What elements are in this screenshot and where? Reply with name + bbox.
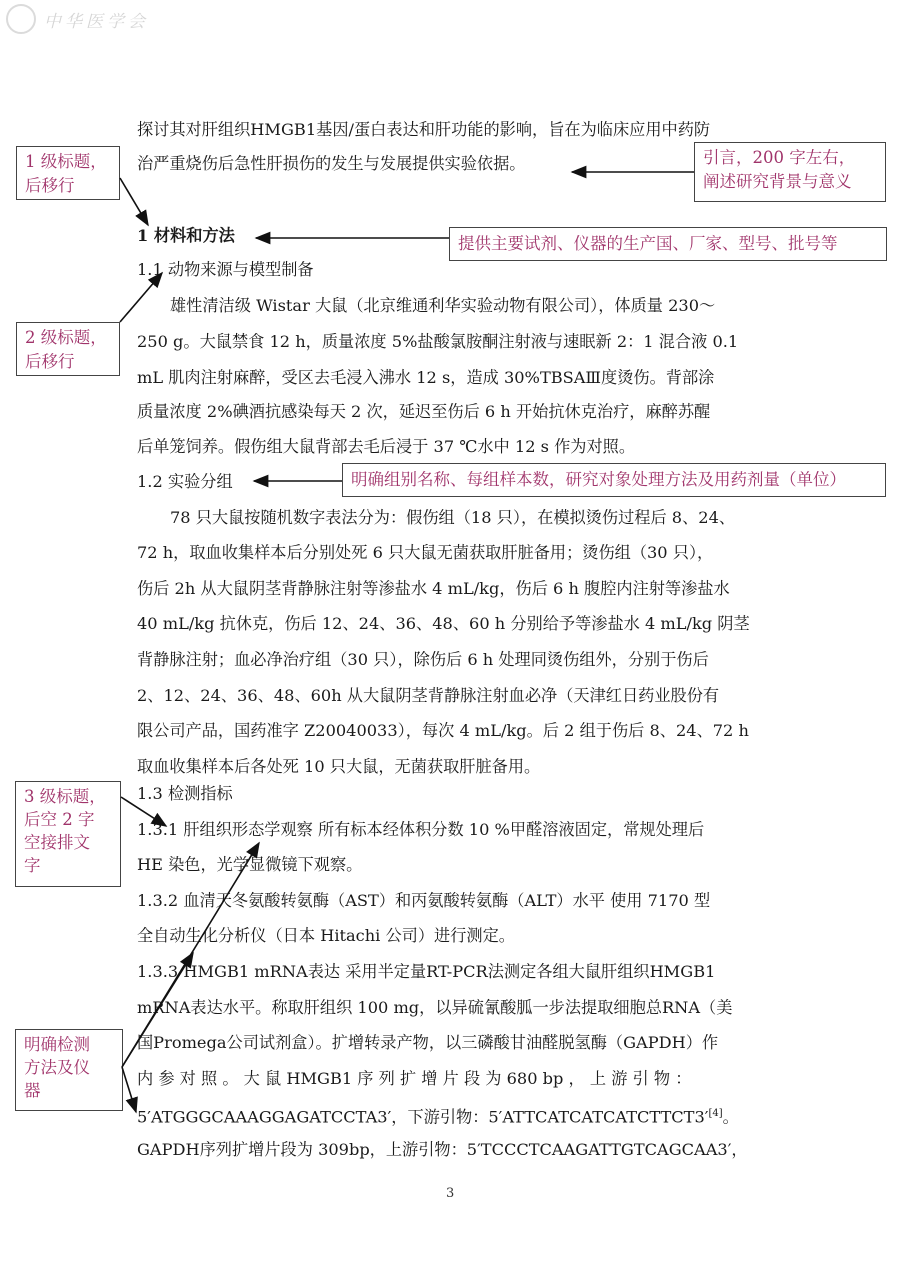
annotation-text: 明确组别名称、每组样本数，研究对象处理方法及用药剂量（单位） xyxy=(351,468,877,492)
annotation-methods: 明确检测 方法及仪 器 xyxy=(15,1029,123,1111)
body-line: 78 只大鼠按随机数字表法分为：假伤组（18 只），在模拟烫伤过程后 8、24、 xyxy=(170,508,735,528)
body-line: 取血收集样本后各处死 10 只大鼠，无菌获取肝脏备用。 xyxy=(137,757,540,777)
body-line: 后单笼饲养。假伤组大鼠背部去毛后浸于 37 ℃水中 12 s 作为对照。 xyxy=(137,437,635,457)
body-line: 72 h，取血收集样本后分别处死 6 只大鼠无菌获取肝脏备用；烫伤组（30 只）… xyxy=(137,543,713,563)
arrow-icon xyxy=(120,178,148,225)
annotation-materials: 提供主要试剂、仪器的生产国、厂家、型号、批号等 xyxy=(449,227,887,261)
annotation-text: 后移行 xyxy=(25,350,111,374)
annotation-level2-heading: 2 级标题， 后移行 xyxy=(16,322,120,376)
annotation-text: 2 级标题， xyxy=(25,326,111,350)
body-line: 限公司产品，国药准字 Z20040033），每次 4 mL/kg。后 2 组于伤… xyxy=(137,721,749,741)
heading-level2: 1.2 实验分组 xyxy=(137,472,233,492)
body-line: 探讨其对肝组织HMGB1基因/蛋白表达和肝功能的影响，旨在为临床应用中药防 xyxy=(137,120,710,140)
body-line: 雄性清洁级 Wistar 大鼠（北京维通利华实验动物有限公司），体质量 230～ xyxy=(170,296,715,316)
page-number: 3 xyxy=(446,1186,454,1201)
heading-level2: 1.3 检测指标 xyxy=(137,784,233,804)
heading-level3: 1.3.3 HMGB1 mRNA表达 采用半定量RT-PCR法测定各组大鼠肝组织… xyxy=(137,962,715,982)
body-line: 伤后 2h 从大鼠阴茎背静脉注射等渗盐水 4 mL/kg，伤后 6 h 腹腔内注… xyxy=(137,579,730,599)
heading-level3: 1.3.1 肝组织形态学观察 所有标本经体积分数 10 %甲醛溶液固定，常规处理… xyxy=(137,820,704,840)
punctuation: 。 xyxy=(723,1107,739,1126)
annotation-text: 器 xyxy=(24,1079,114,1102)
logo-text: 中华医学会 xyxy=(44,7,149,32)
primer-text: 5′ATGGGCAAAGGAGATCCTA3′，下游引物：5′ATTCATCAT… xyxy=(137,1107,708,1126)
body-line: 治严重烧伤后急性肝损伤的发生与发展提供实验依据。 xyxy=(137,154,526,174)
body-line: 2、12、24、36、48、60h 从大鼠阴茎背静脉注射血必净（天津红日药业股份… xyxy=(137,686,719,706)
body-line: 国Promega公司试剂盒）。扩增转录产物，以三磷酸甘油醛脱氢酶（GAPDH）作 xyxy=(137,1033,718,1053)
heading-level2: 1.1 动物来源与模型制备 xyxy=(137,260,314,280)
body-line: 40 mL/kg 抗休克，伤后 12、24、36、48、60 h 分别给予等渗盐… xyxy=(137,614,750,634)
annotation-text: 字 xyxy=(24,854,112,877)
body-line: 全自动生化分析仪（日本 Hitachi 公司）进行测定。 xyxy=(137,926,515,946)
body-line: 250 g。大鼠禁食 12 h，质量浓度 5%盐酸氯胺酮注射液与速眠新 2：1 … xyxy=(137,332,738,352)
annotation-text: 提供主要试剂、仪器的生产国、厂家、型号、批号等 xyxy=(458,232,878,256)
body-line: mRNA表达水平。称取肝组织 100 mg，以异硫氰酸胍一步法提取细胞总RNA（… xyxy=(137,998,732,1018)
annotation-text: 后空 2 字 xyxy=(24,808,112,831)
society-logo: 中华医学会 xyxy=(6,4,149,34)
emblem-icon xyxy=(6,4,36,34)
annotation-intro: 引言，200 字左右， 阐述研究背景与意义 xyxy=(694,142,886,202)
annotation-text: 空接排文 xyxy=(24,831,112,854)
annotation-text: 阐述研究背景与意义 xyxy=(703,170,877,194)
body-line: HE 染色，光学显微镜下观察。 xyxy=(137,855,362,875)
body-line: 背静脉注射；血必净治疗组（30 只），除伤后 6 h 处理同烫伤组外，分别于伤后 xyxy=(137,650,709,670)
body-line: 质量浓度 2%碘酒抗感染每天 2 次，延迟至伤后 6 h 开始抗休克治疗，麻醉苏… xyxy=(137,402,710,422)
body-line: GAPDH序列扩增片段为 309bp，上游引物：5′TCCCTCAAGATTGT… xyxy=(137,1140,748,1160)
arrow-icon xyxy=(120,273,162,322)
annotation-text: 方法及仪 xyxy=(24,1056,114,1079)
body-line: 5′ATGGGCAAAGGAGATCCTA3′，下游引物：5′ATTCATCAT… xyxy=(137,1104,739,1127)
citation: [4] xyxy=(708,1108,722,1119)
annotation-text: 明确检测 xyxy=(24,1033,114,1056)
body-line: mL 肌肉注射麻醉，受区去毛浸入沸水 12 s，造成 30%TBSAⅢ度烫伤。背… xyxy=(137,368,714,388)
arrow-icon xyxy=(122,1067,136,1112)
annotation-text: 1 级标题， xyxy=(25,150,111,174)
body-line: 内 参 对 照 。 大 鼠 HMGB1 序 列 扩 增 片 段 为 680 bp… xyxy=(137,1069,691,1089)
annotation-text: 后移行 xyxy=(25,174,111,198)
heading-level3: 1.3.2 血清天冬氨酸转氨酶（AST）和丙氨酸转氨酶（ALT）水平 使用 71… xyxy=(137,891,710,911)
annotation-text: 3 级标题， xyxy=(24,785,112,808)
annotation-level1-heading: 1 级标题， 后移行 xyxy=(16,146,120,200)
annotation-text: 引言，200 字左右， xyxy=(703,146,877,170)
annotation-level3-heading: 3 级标题， 后空 2 字 空接排文 字 xyxy=(15,781,121,887)
annotation-grouping: 明确组别名称、每组样本数，研究对象处理方法及用药剂量（单位） xyxy=(342,463,886,497)
heading-level1: 1 材料和方法 xyxy=(137,226,235,246)
